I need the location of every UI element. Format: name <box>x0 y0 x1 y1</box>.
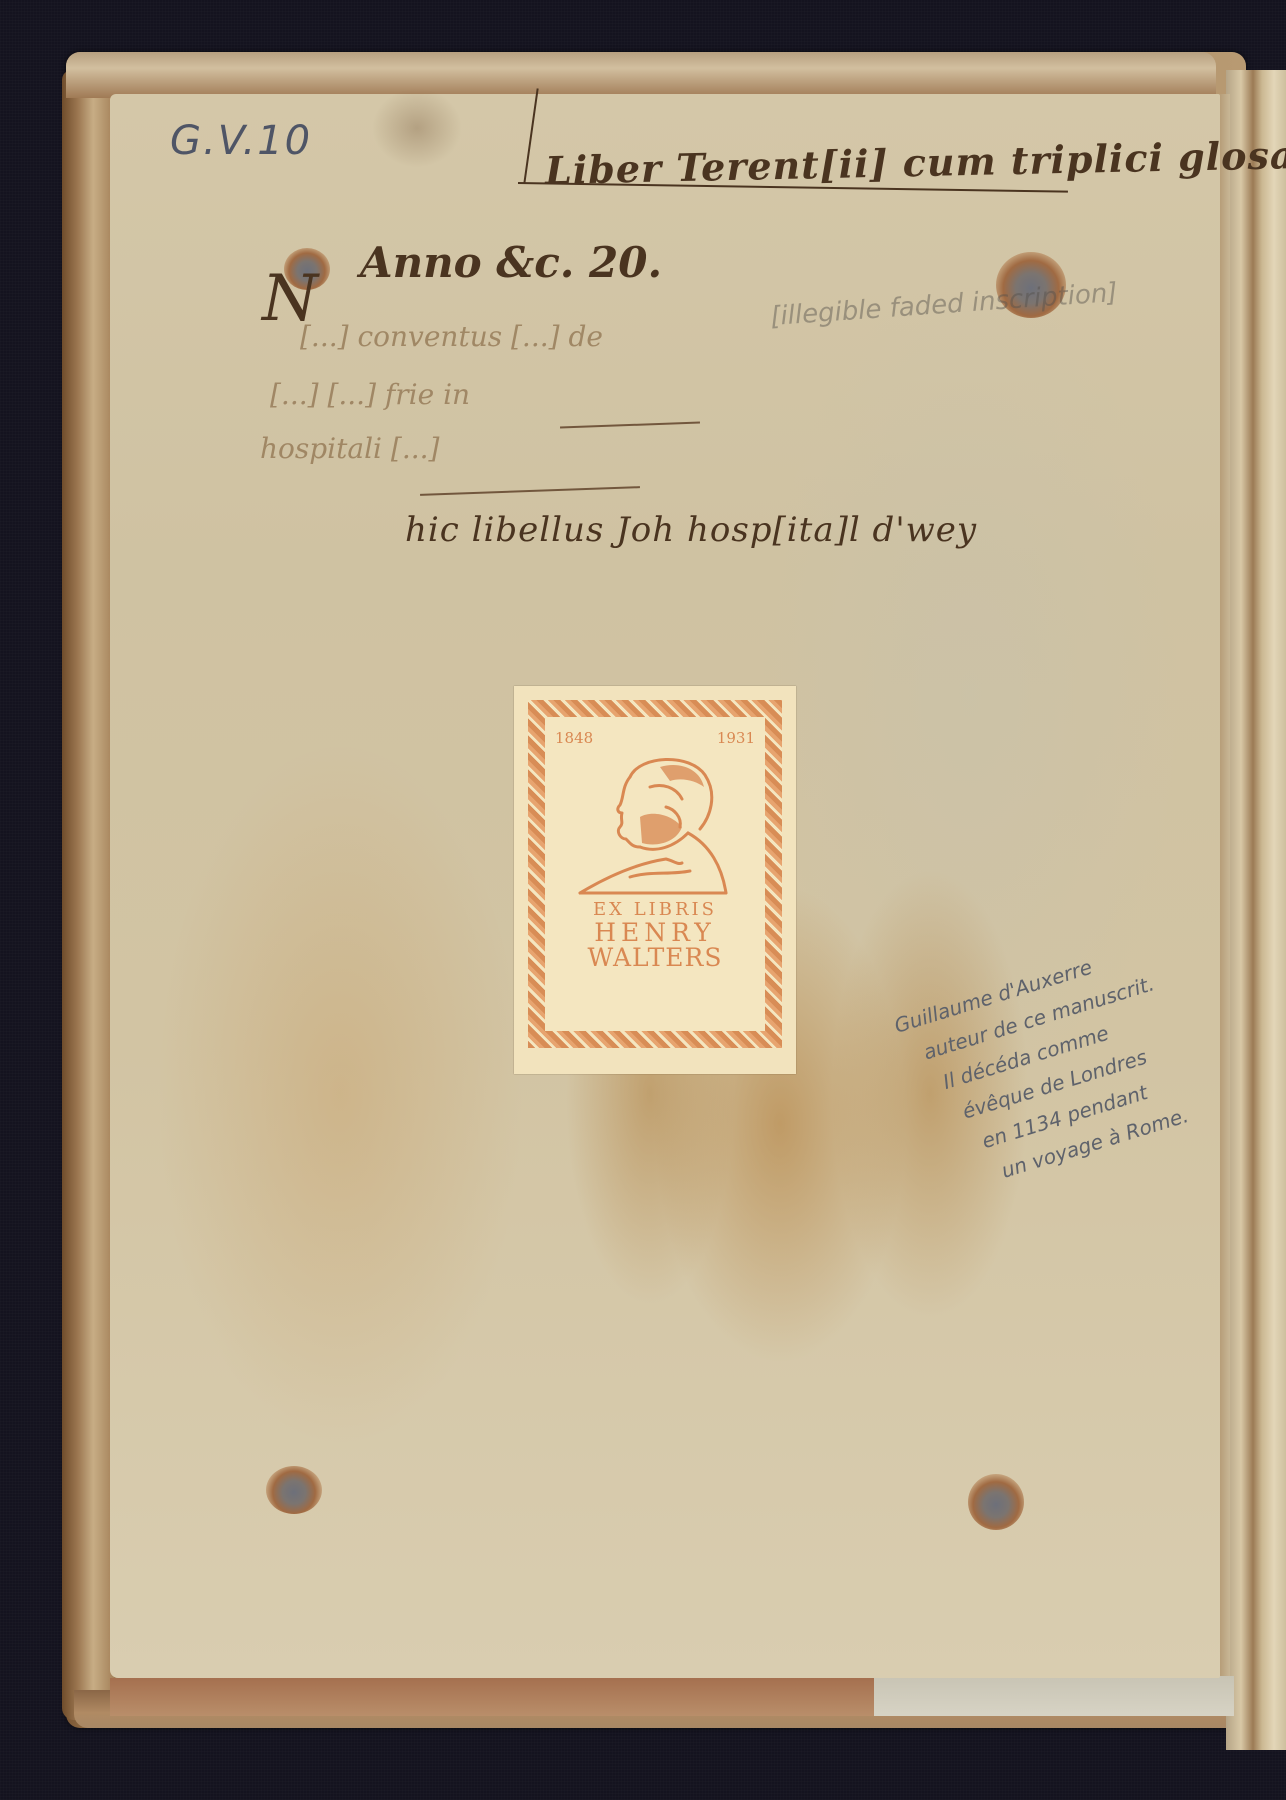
erased-line-1: [...] conventus [...] de <box>300 320 603 353</box>
bottom-paper-repair <box>874 1676 1234 1716</box>
offset-stain <box>372 88 462 168</box>
owner-last-name: WALTERS <box>545 945 765 970</box>
bookplate-years: 1848 1931 <box>545 717 765 747</box>
year-born: 1848 <box>555 729 593 747</box>
portrait-icon <box>570 747 740 897</box>
year-died: 1931 <box>717 729 755 747</box>
owner-first-name: HENRY <box>545 920 765 945</box>
board-left-edge <box>62 70 114 1720</box>
ownership-inscription: hic libellus Joh hosp[ita]l d'wey <box>405 510 977 550</box>
shelfmark: G.V.10 <box>170 118 312 164</box>
ex-libris-label: EX LIBRIS <box>545 899 765 920</box>
anno-inscription: Anno &c. 20. <box>360 238 662 287</box>
erased-line-2: [...] [...] frie in <box>270 378 470 411</box>
text-block-edge <box>1226 70 1286 1750</box>
worm-hole-bottom-left <box>266 1466 322 1514</box>
bookplate: 1848 1931 EX LIBRIS HENRY WALTERS <box>514 686 796 1074</box>
bottom-leather-strip <box>110 1678 874 1716</box>
bookplate-panel: 1848 1931 EX LIBRIS HENRY WALTERS <box>545 717 765 1031</box>
board-top-edge <box>66 52 1216 98</box>
erased-line-3: hospitali [...] <box>260 432 439 465</box>
worm-hole-bottom-right <box>968 1474 1024 1530</box>
